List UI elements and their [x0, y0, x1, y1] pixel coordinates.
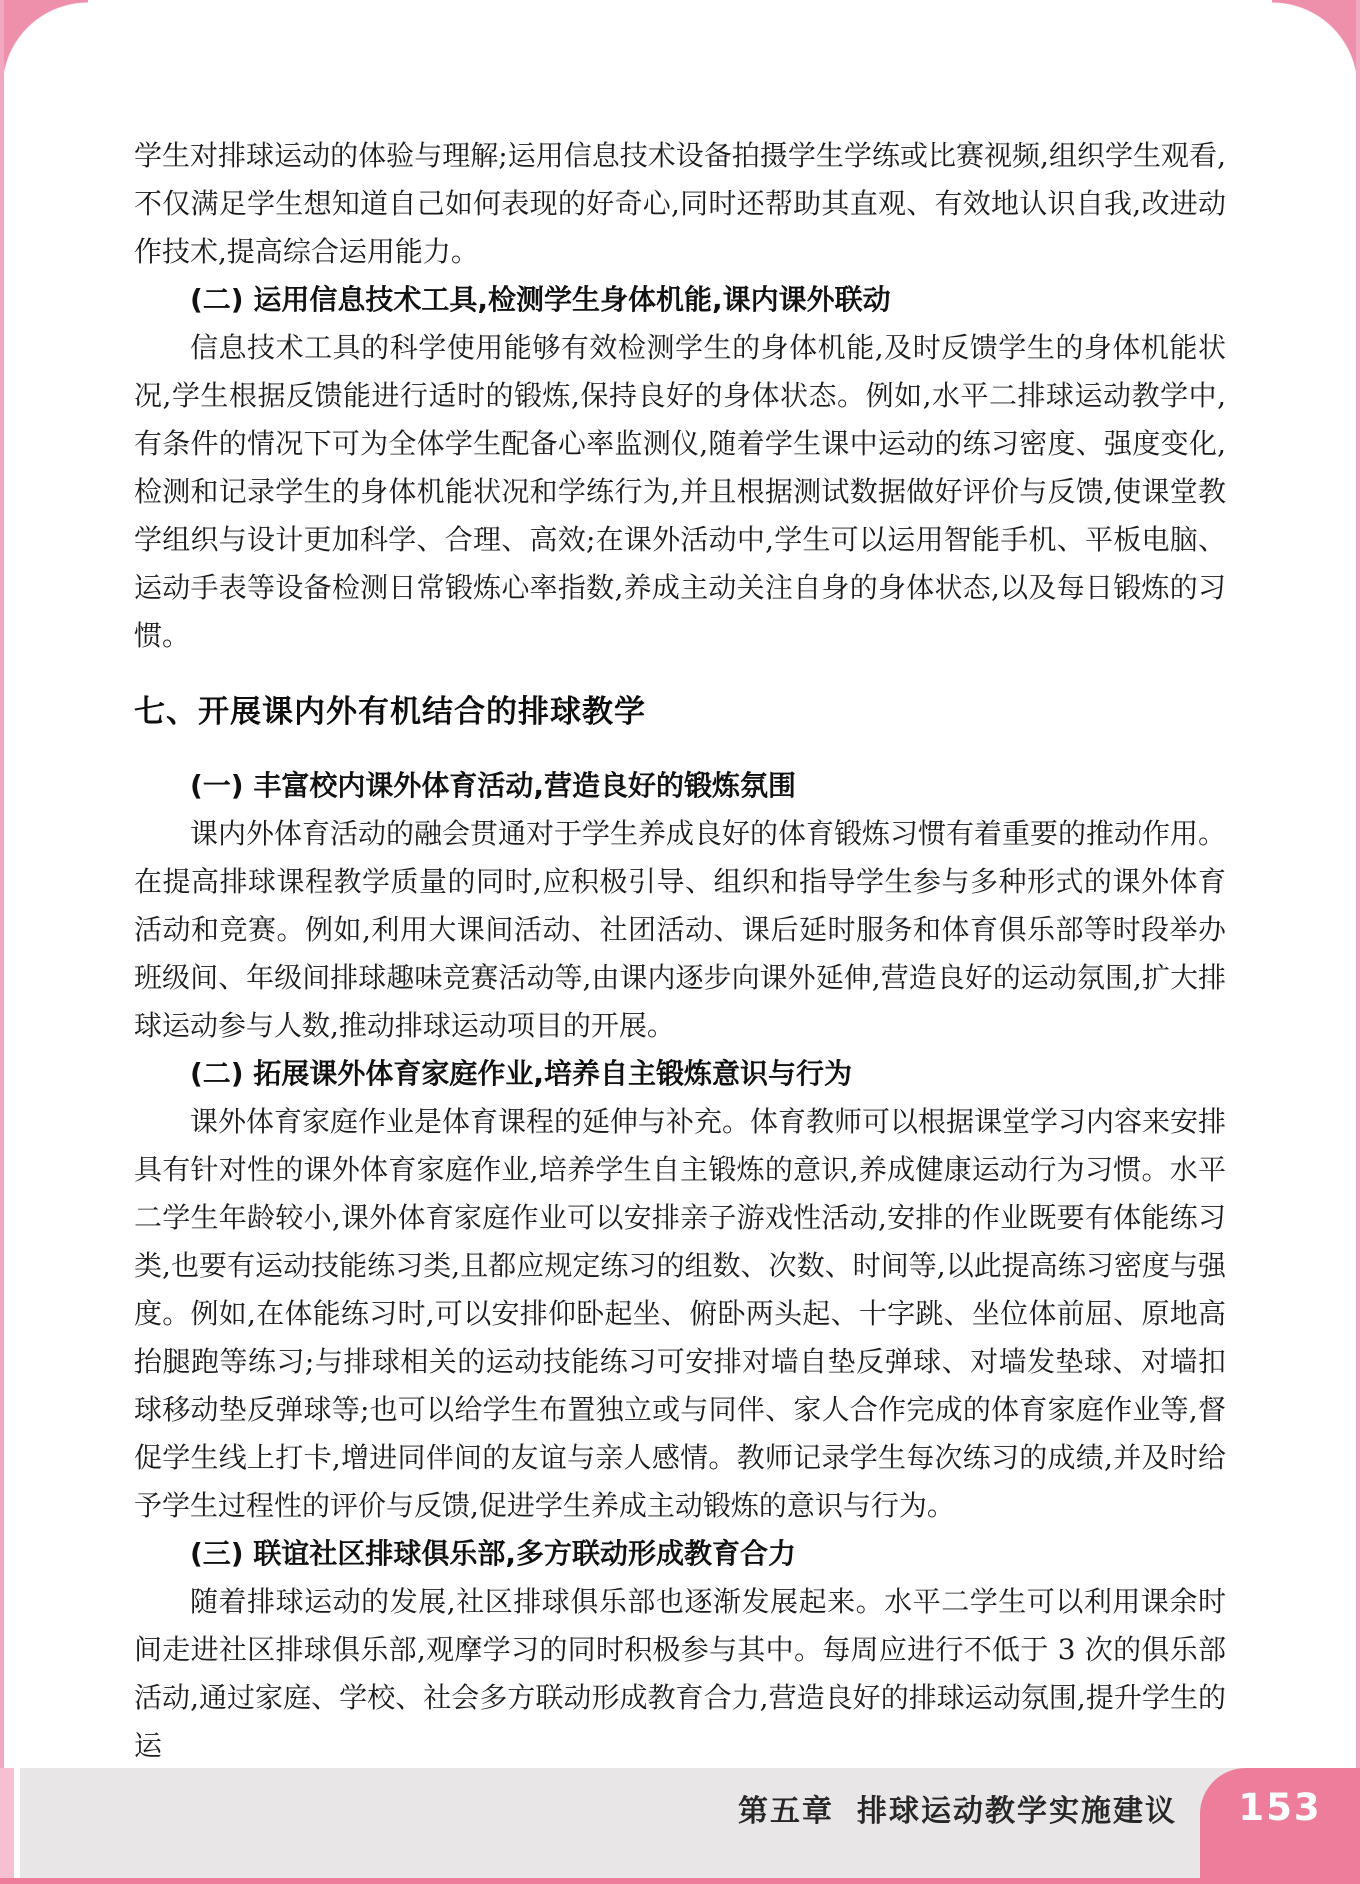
page-number: 153	[1238, 1786, 1321, 1829]
corner-decoration-top-right	[1272, 0, 1360, 88]
bottom-accent-strip	[0, 1878, 1360, 1884]
section-heading: 七、开展课内外有机结合的排球教学	[134, 686, 1226, 738]
book-page: 学生对排球运动的体验与理解;运用信息技术设备拍摄学生学练或比赛视频,组织学生观看…	[0, 0, 1360, 1884]
footer-chapter-label: 第五章	[738, 1786, 834, 1830]
footer-chapter-title: 排球运动教学实施建议	[857, 1786, 1177, 1830]
paragraph-info-tools: 信息技术工具的科学使用能够有效检测学生的身体机能,及时反馈学生的身体机能状况,学…	[134, 324, 1226, 660]
paragraph-continuation: 学生对排球运动的体验与理解;运用信息技术设备拍摄学生学练或比赛视频,组织学生观看…	[134, 132, 1226, 276]
page-edge-right	[1356, 0, 1360, 1884]
page-number-tab: 153	[1200, 1768, 1360, 1884]
page-edge-left	[0, 0, 4, 1884]
subsection-heading-community: (三) 联谊社区排球俱乐部,多方联动形成教育合力	[134, 1530, 1226, 1578]
subsection-heading-info-tools: (二) 运用信息技术工具,检测学生身体机能,课内课外联动	[134, 276, 1226, 324]
subsection-heading-campus-activities: (一) 丰富校内课外体育活动,营造良好的锻炼氛围	[134, 762, 1226, 810]
paragraph-community: 随着排球运动的发展,社区排球俱乐部也逐渐发展起来。水平二学生可以利用课余时间走进…	[134, 1578, 1226, 1770]
footer-running-title: 第五章 排球运动教学实施建议	[738, 1768, 1177, 1848]
paragraph-campus-activities: 课内外体育活动的融会贯通对于学生养成良好的体育锻炼习惯有着重要的推动作用。在提高…	[134, 810, 1226, 1050]
subsection-heading-homework: (二) 拓展课外体育家庭作业,培养自主锻炼意识与行为	[134, 1050, 1226, 1098]
page-content: 学生对排球运动的体验与理解;运用信息技术设备拍摄学生学练或比赛视频,组织学生观看…	[134, 132, 1226, 1770]
paragraph-homework: 课外体育家庭作业是体育课程的延伸与补充。体育教师可以根据课堂学习内容来安排具有针…	[134, 1098, 1226, 1530]
footer-left-accent	[0, 1768, 14, 1884]
corner-decoration-top-left	[0, 0, 88, 88]
